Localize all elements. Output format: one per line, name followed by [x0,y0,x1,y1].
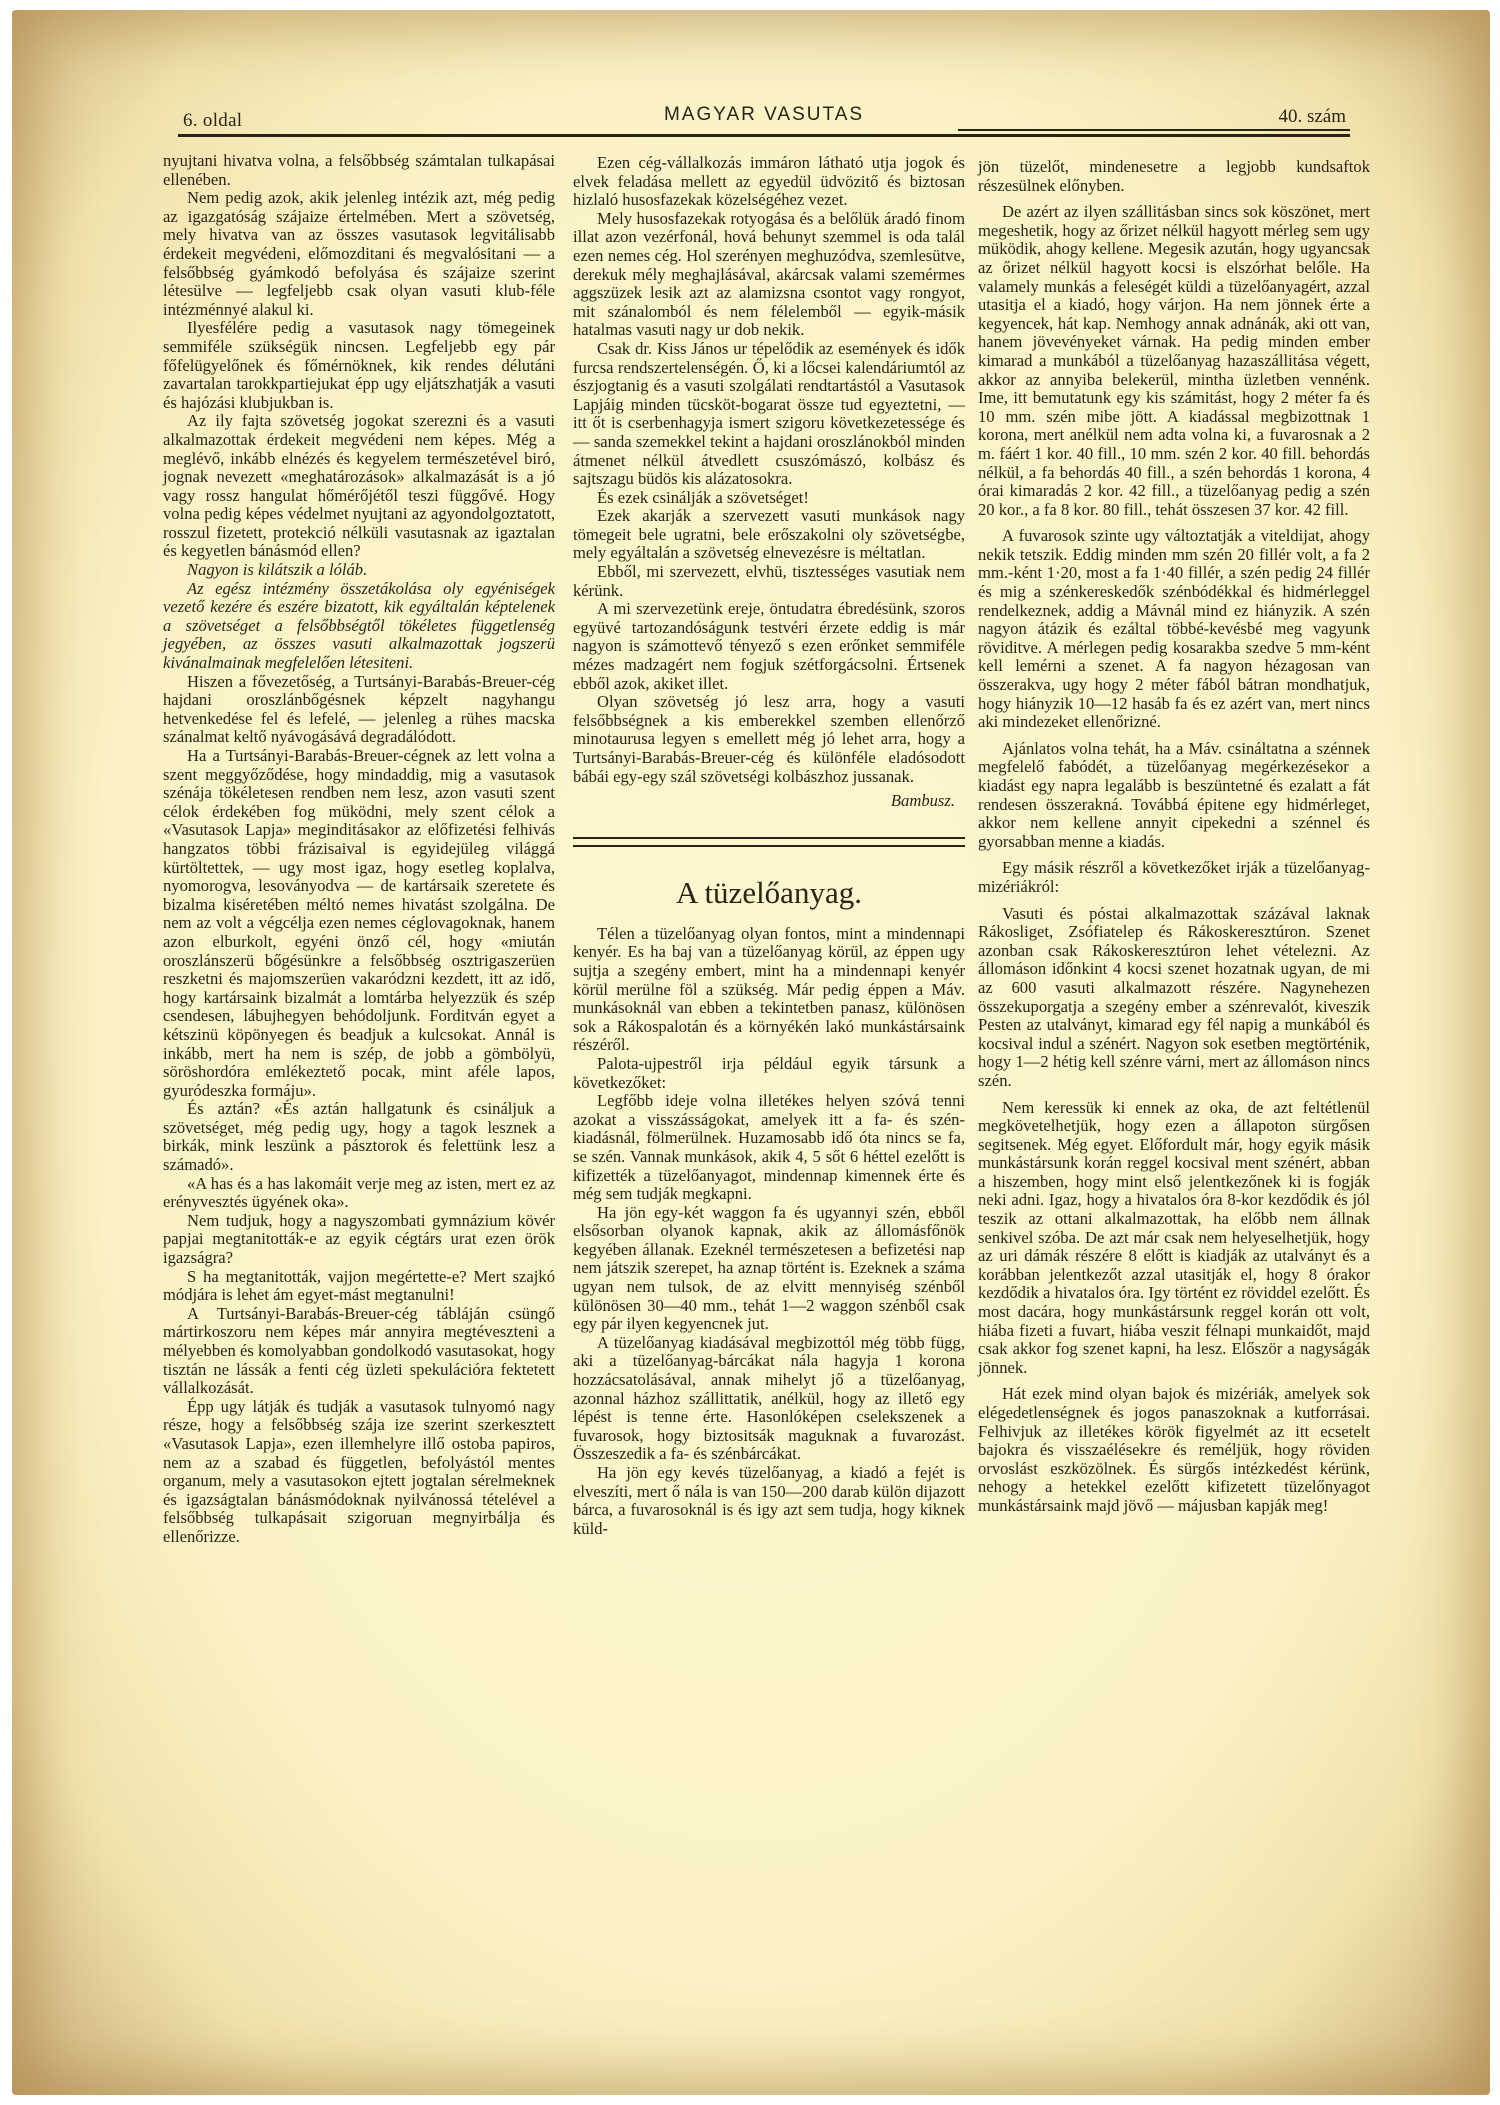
paragraph: Vasuti és póstai alkalmazottak százával … [978,905,1370,1091]
paragraph: jön tüzelőt, mindenesetre a legjobb kund… [978,158,1370,195]
paragraph: Egy másik részről a következőket irják a… [978,859,1370,896]
paragraph: A Turtsányi-Barabás-Breuer-cég tábláján … [163,1305,555,1398]
issue-number: 40. szám [1278,106,1346,128]
paragraph: Ezek akarják a szervezett vasuti munkáso… [573,507,965,563]
paragraph: Olyan szövetség jó lesz arra, hogy a vas… [573,693,965,786]
header-rule [178,134,1350,137]
page-header: 6. oldal MAGYAR VASUTAS 40. szám [178,100,1350,136]
paragraph: Nem pedig azok, akik jelenleg intézik az… [163,189,555,319]
paragraph-italic: Nagyon is kilátszik a lóláb. [163,561,555,580]
paragraph: És ezek csinálják a szövetséget! [573,489,965,508]
article-title: A tüzelőanyag. [573,875,965,911]
paragraph: Ha jön egy kevés tüzelőanyag, a kiadó a … [573,1464,965,1538]
paragraph: És aztán? «És aztán hallgatunk és csinál… [163,1100,555,1174]
paragraph: Ajánlatos volna tehát, ha a Máv. csinált… [978,740,1370,852]
paragraph: Télen a tüzelőanyag olyan fontos, mint a… [573,925,965,1055]
paragraph: De azért az ilyen szállitásban sincs sok… [978,203,1370,519]
paragraph: Nem tudjuk, hogy a nagyszombati gymnáziu… [163,1212,555,1268]
paragraph: Ha jön egy-két waggon fa és ugyannyi szé… [573,1204,965,1334]
paragraph: Ebből, mi szervezett, elvhü, tisztessége… [573,563,965,600]
paragraph: Csak dr. Kiss János ur tépelődik az esem… [573,340,965,489]
paragraph: S ha megtanitották, vajjon megértette-e?… [163,1268,555,1305]
paragraph: A mi szervezetünk ereje, öntudatra ébred… [573,600,965,693]
paragraph: «A has és a has lakomáit verje meg az is… [163,1175,555,1212]
paragraph-italic: Az egész intézmény összetákolása oly egy… [163,580,555,673]
paragraph: Ilyesfélére pedig a vasutasok nagy tömeg… [163,319,555,412]
article-separator [573,837,965,847]
paragraph: Nem keressük ki ennek az oka, de azt fel… [978,1099,1370,1378]
header-rule-double [958,129,1350,131]
paragraph: Ezen cég-vállalkozás immáron látható utj… [573,154,965,210]
masthead: MAGYAR VASUTAS [178,104,1350,126]
paragraph: Épp ugy látják és tudják a vasutasok tul… [163,1398,555,1547]
paragraph: nyujtani hivatva volna, a felsőbbség szá… [163,152,555,189]
paragraph: Ha a Turtsányi-Barabás-Breuer-cégnek az … [163,747,555,1100]
paragraph: Az ily fajta szövetség jogokat szerezni … [163,412,555,561]
paragraph: Hát ezek mind olyan bajok és mizériák, a… [978,1385,1370,1515]
paragraph: Legfőbb ideje volna illetékes helyen szó… [573,1092,965,1204]
paragraph: A fuvarosok szinte ugy változtatják a vi… [978,527,1370,732]
paragraph: A tüzelőanyag kiadásával megbizottól még… [573,1334,965,1464]
column-3: jön tüzelőt, mindenesetre a legjobb kund… [978,158,1370,1516]
author-signature: Bambusz. [573,792,955,811]
column-1: nyujtani hivatva volna, a felsőbbség szá… [163,152,555,1547]
paragraph: Hiszen a fővezetőség, a Turtsányi-Barabá… [163,673,555,747]
paragraph: Mely husosfazekak rotyogása és a belőlük… [573,210,965,340]
paragraph: Palota-ujpestről irja például egyik társ… [573,1055,965,1092]
column-2: Ezen cég-vállalkozás immáron látható utj… [573,154,965,1538]
